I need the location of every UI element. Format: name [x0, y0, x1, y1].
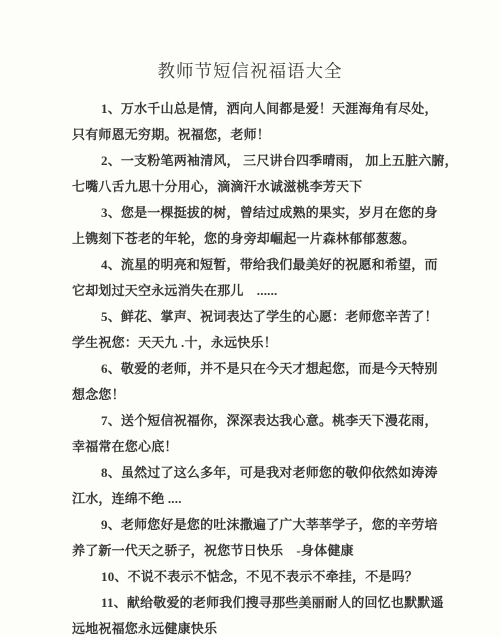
document-body: 1、万水千山总是情，洒向人间都是爱！天涯海角有尽处，只有师恩无穷期。祝福您，老师…: [0, 96, 500, 637]
text-line: 幸福常在您心底！: [72, 434, 480, 460]
text-line: 远地祝福您永远健康快乐: [72, 616, 480, 637]
text-line: 上镌刻下苍老的年轮，您的身旁却崛起一片森林郁郁葱葱。: [72, 226, 480, 252]
text-line: 9、老师您好是您的吐沫撒遍了广大莘莘学子，您的辛劳培: [72, 512, 480, 538]
text-line: 5、鲜花、掌声、祝词表达了学生的心愿：老师您辛苦了！: [72, 304, 480, 330]
text-line: 8、虽然过了这么多年，可是我对老师您的敬仰依然如涛涛: [72, 460, 480, 486]
text-line: 1、万水千山总是情，洒向人间都是爱！天涯海角有尽处，: [72, 96, 480, 122]
page-title: 教师节短信祝福语大全: [0, 58, 500, 84]
text-line: 想念您！: [72, 382, 480, 408]
text-line: 10、不说不表示不惦念，不见不表示不牵挂，不是吗？: [72, 564, 480, 590]
document-page: 教师节短信祝福语大全 1、万水千山总是情，洒向人间都是爱！天涯海角有尽处，只有师…: [0, 0, 500, 637]
text-line: 3、您是一棵挺拔的树，曾结过成熟的果实，岁月在您的身: [72, 200, 480, 226]
text-line: 只有师恩无穷期。祝福您，老师！: [72, 122, 480, 148]
text-line: 7、送个短信祝福你，深深表达我心意。桃李天下漫花雨，: [72, 408, 480, 434]
text-line: 养了新一代天之骄子，祝您节日快乐 -身体健康: [72, 538, 480, 564]
text-line: 6、敬爱的老师，并不是只在今天才想起您，而是今天特别: [72, 356, 480, 382]
text-line: 七嘴八舌九思十分用心，滴滴汗水诚滋桃李芳天下: [72, 174, 480, 200]
text-line: 学生祝您：天天九 .十，永远快乐！: [72, 330, 480, 356]
text-line: 11、献给敬爱的老师我们搜寻那些美丽耐人的回忆也默默遥: [72, 590, 480, 616]
text-line: 它却划过天空永远消失在那儿 ......: [72, 278, 480, 304]
text-line: 2、一支粉笔两袖清风， 三尺讲台四季晴雨， 加上五脏六腑，: [72, 148, 480, 174]
text-line: 4、流星的明亮和短暂，带给我们最美好的祝愿和希望，而: [72, 252, 480, 278]
text-line: 江水，连绵不绝 ....: [72, 486, 480, 512]
